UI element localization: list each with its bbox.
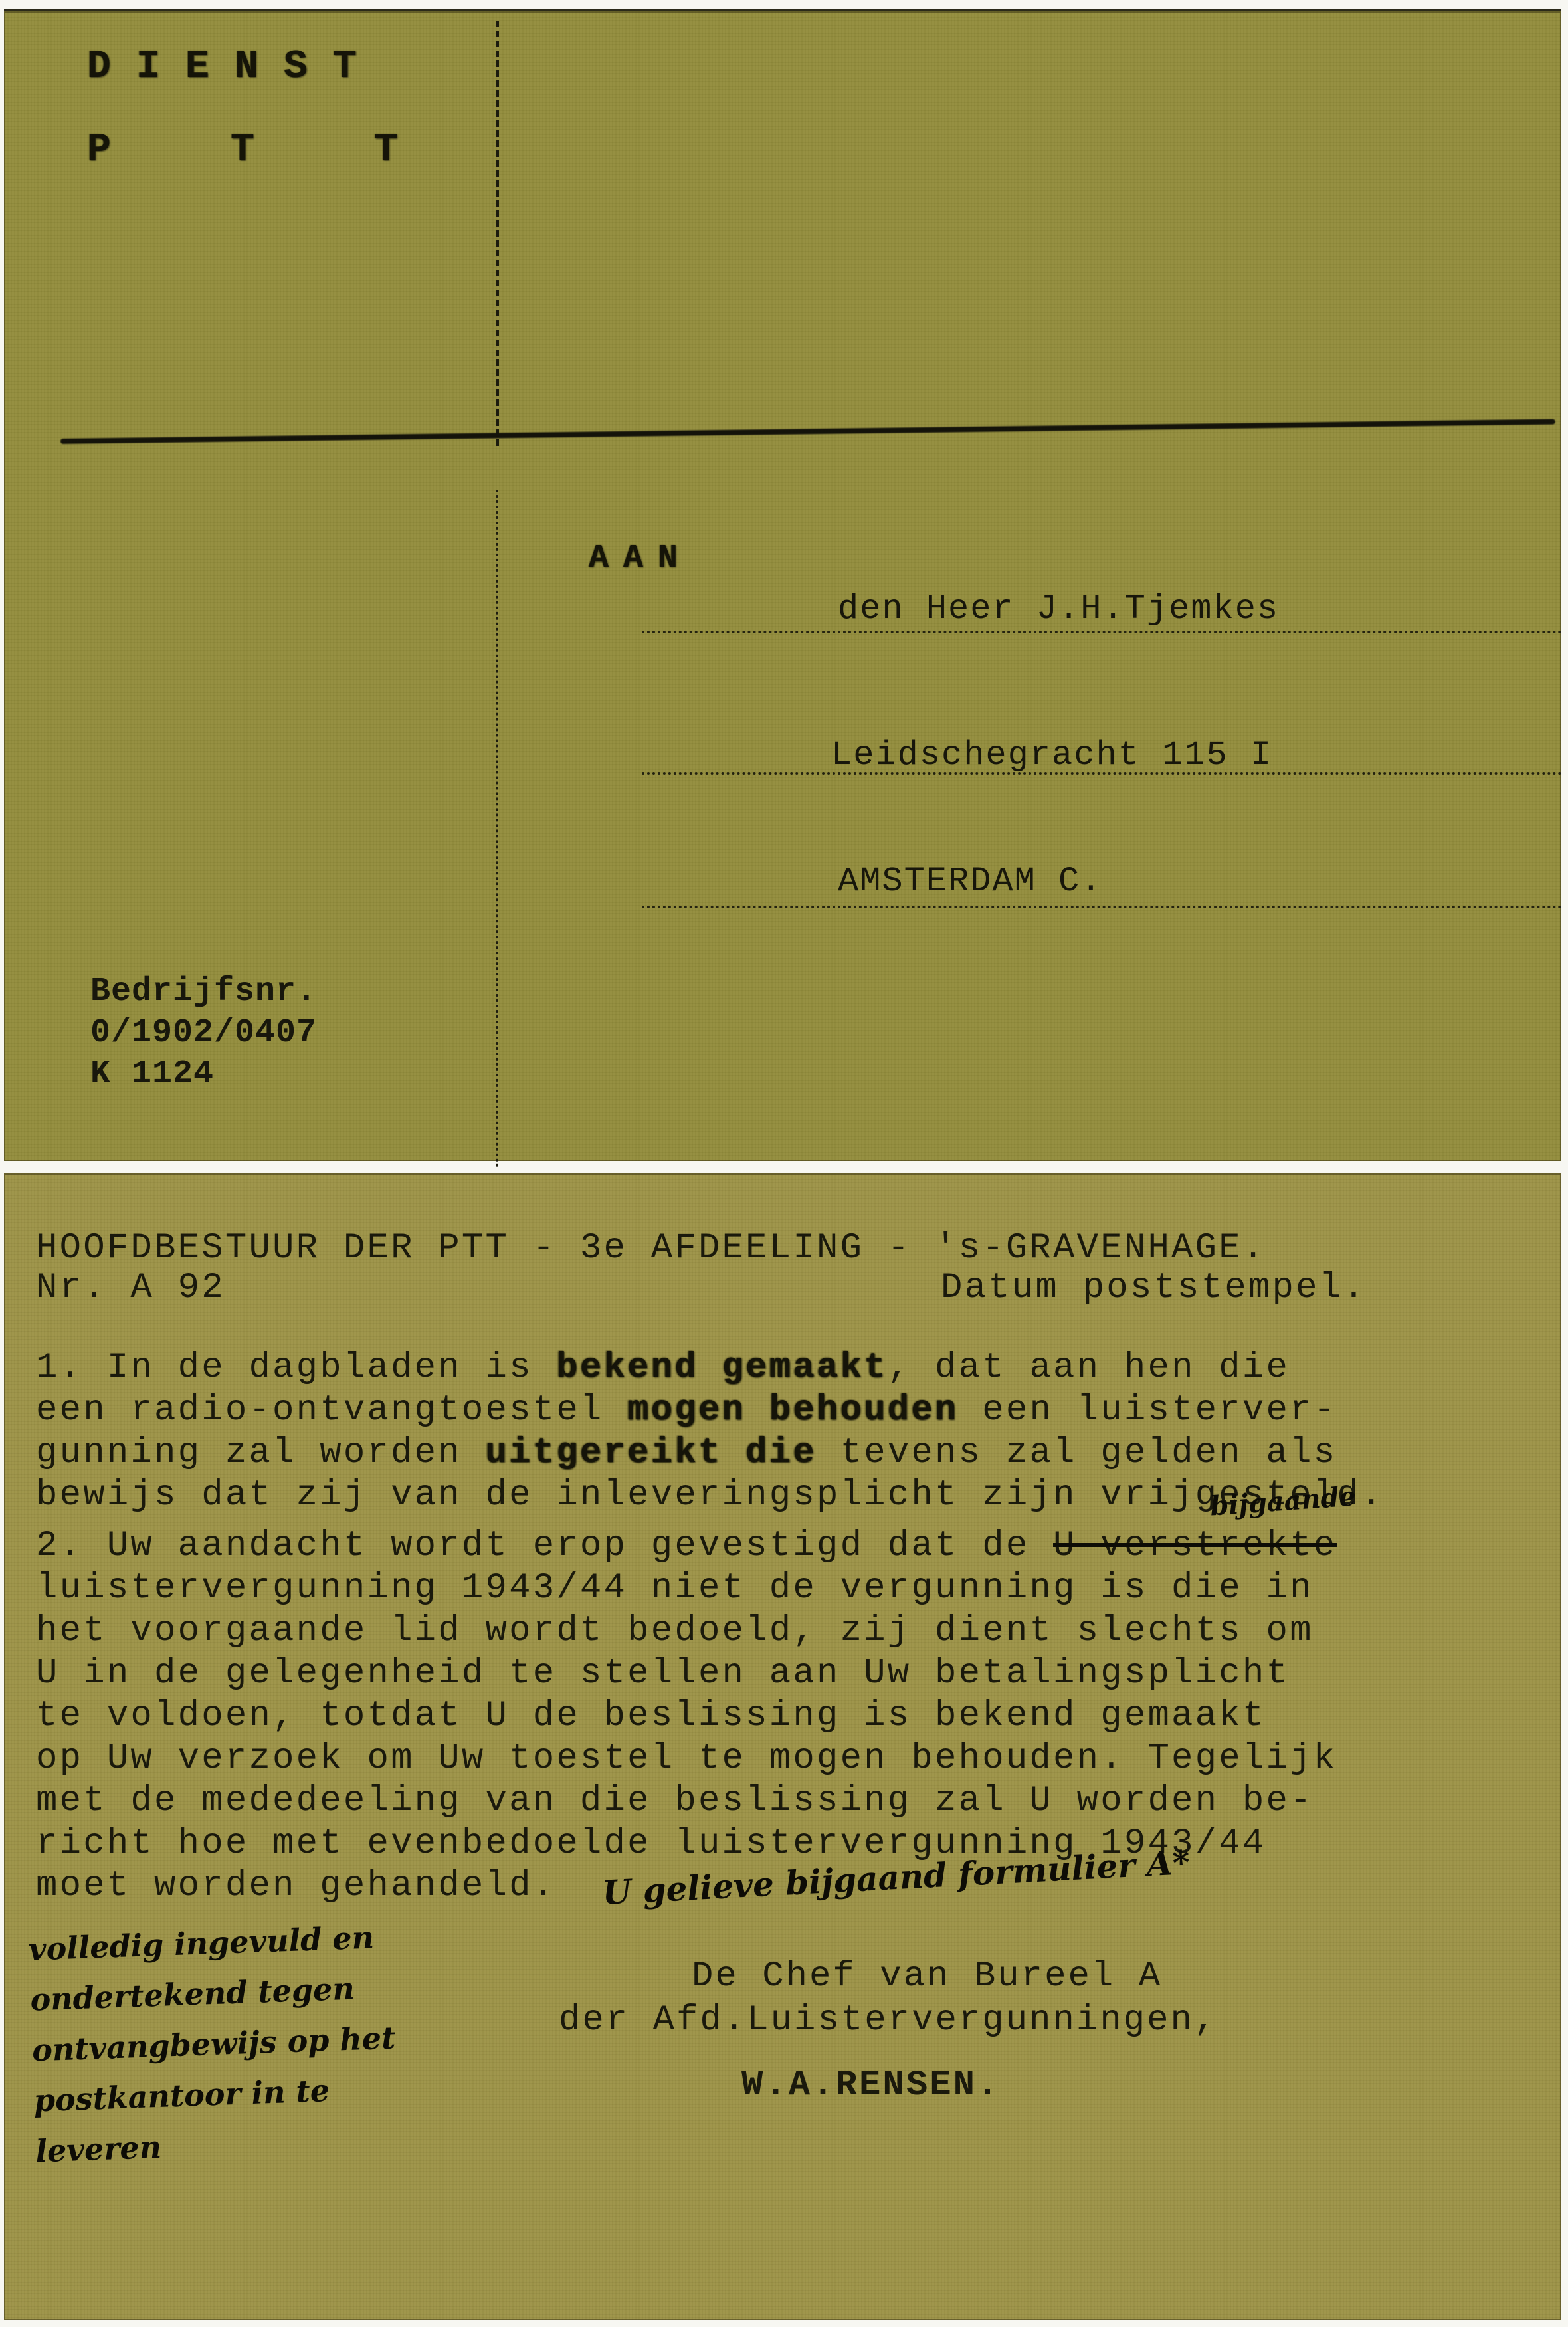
address-line-3-dots	[642, 906, 1562, 908]
address-line-1-dots	[642, 631, 1562, 633]
paragraph2-line: 2. Uw aandacht wordt erop gevestigd dat …	[36, 1526, 1337, 1566]
business-code: K 1124	[90, 1054, 317, 1095]
recipient-street: Leidschegracht 115 I	[831, 736, 1272, 775]
reference-number: Nr. A 92	[36, 1268, 225, 1308]
postcard-front: DIENST PTT AAN den Heer J.H.Tjemkes Leid…	[4, 9, 1561, 1161]
recipient-prefix: AAN	[589, 540, 692, 577]
overtyped-text: uitgereikt die	[486, 1433, 817, 1473]
recipient-city: AMSTERDAM C.	[838, 862, 1102, 901]
struck-text: U verstrekte	[1053, 1526, 1337, 1566]
paragraph1-line: gunning zal worden uitgereikt die tevens…	[36, 1433, 1337, 1473]
handwritten-note: volledig ingevuld enondertekend tegenont…	[28, 1912, 400, 2177]
vertical-divider-top	[496, 21, 499, 446]
paragraph2-line: met de mededeeling van die beslissing za…	[36, 1781, 1314, 1821]
letterhead: HOOFDBESTUUR DER PTT - 3e AFDEELING - 's…	[36, 1228, 1266, 1268]
paragraph1-line: een radio-ontvangtoestel mogen behouden …	[36, 1390, 1337, 1431]
signatory-title: De Chef van Bureel A	[692, 1956, 1162, 1997]
paragraph1-line: bewijs dat zij van de inleveringsplicht …	[36, 1475, 1385, 1516]
overtyped-text: bekend gemaakt	[556, 1348, 887, 1388]
recipient-name: den Heer J.H.Tjemkes	[838, 589, 1279, 629]
paragraph2-line: het voorgaande lid wordt bedoeld, zij di…	[36, 1611, 1314, 1651]
paragraph2-line: luistervergunning 1943/44 niet de vergun…	[36, 1568, 1314, 1609]
paragraph2-line: op Uw verzoek om Uw toestel te mogen beh…	[36, 1738, 1337, 1779]
postcard-back: HOOFDBESTUUR DER PTT - 3e AFDEELING - 's…	[4, 1173, 1561, 2320]
business-number-block: Bedrijfsnr.0/1902/0407K 1124	[90, 971, 317, 1095]
overtyped-text: mogen behouden	[627, 1390, 958, 1431]
sender-ptt-label: PTT	[87, 128, 518, 173]
horizontal-divider	[60, 419, 1555, 444]
paragraph2-line: te voldoen, totdat U de beslissing is be…	[36, 1696, 1266, 1736]
business-number-label: Bedrijfsnr.	[90, 971, 317, 1013]
sender-service-label: DIENST	[87, 45, 382, 90]
date-label: Datum poststempel.	[941, 1268, 1367, 1308]
paragraph2-line: moet worden gehandeld.	[36, 1866, 556, 1906]
signatory-name: W.A.RENSEN.	[741, 2065, 1000, 2106]
paragraph1-line: 1. In de dagbladen is bekend gemaakt, da…	[36, 1348, 1290, 1388]
paragraph2-line: U in de gelegenheid te stellen aan Uw be…	[36, 1653, 1290, 1694]
signatory-department: der Afd.Luistervergunningen,	[559, 2000, 1217, 2041]
vertical-divider-bottom	[496, 490, 498, 1167]
business-number: 0/1902/0407	[90, 1013, 317, 1054]
